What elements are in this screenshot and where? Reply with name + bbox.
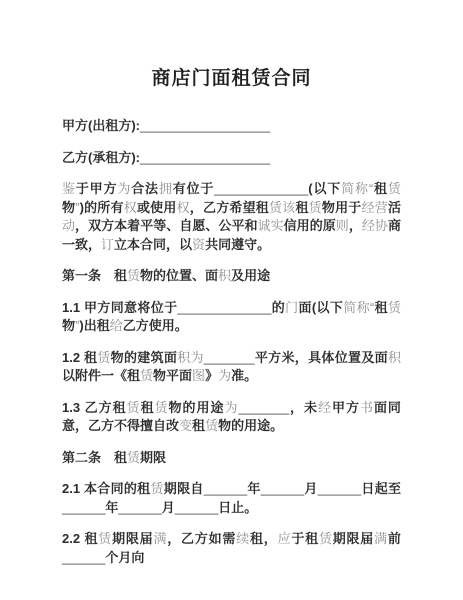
fallback-glyph: 赁: [127, 268, 140, 283]
fill-in-blank: _______: [204, 350, 255, 365]
fallback-glyph: 营: [375, 200, 388, 215]
fallback-glyph: 赁: [269, 200, 282, 215]
party-line: 乙方(承租方):__________________: [62, 149, 401, 168]
fallback-glyph: 为: [218, 368, 231, 383]
fallback-glyph: 积: [388, 350, 401, 365]
fallback-glyph: 满: [153, 531, 167, 546]
contract-paragraph: 鉴于甲方为合法拥有位于_____________(以下简称“租赁物”)的所有权或…: [62, 180, 401, 254]
fallback-glyph: 赁: [98, 531, 112, 546]
fallback-glyph: 赁: [319, 531, 333, 546]
section-heading: 第二条 租赁期限: [62, 449, 401, 468]
fallback-glyph: 简: [341, 181, 355, 196]
fallback-glyph: 权: [124, 200, 137, 215]
fallback-glyph: 给: [110, 318, 123, 333]
fallback-glyph: 赁: [205, 418, 218, 433]
fallback-glyph: 赁: [388, 181, 401, 196]
fallback-glyph: ”: [75, 318, 79, 333]
fallback-glyph: 称: [357, 300, 370, 315]
fallback-glyph: 鉴: [62, 181, 76, 196]
fallback-glyph: 应: [278, 531, 292, 546]
fallback-glyph: 赁: [150, 481, 163, 496]
fallback-glyph: 满: [374, 531, 388, 546]
fill-in-blank: __________________: [140, 118, 270, 133]
fallback-glyph: “: [370, 300, 374, 315]
fallback-glyph: 积: [177, 350, 190, 365]
fallback-glyph: 为: [117, 181, 131, 196]
fallback-glyph: 动: [62, 218, 75, 233]
fallback-glyph: 资: [192, 237, 205, 252]
fallback-glyph: 拥: [159, 181, 173, 196]
fill-in-blank: ______: [62, 550, 105, 565]
fallback-glyph: 积: [218, 268, 231, 283]
fill-in-blank: ______: [318, 481, 361, 496]
fallback-glyph: 赁: [127, 400, 141, 415]
contract-paragraph: 2.1 本合同的租赁期限自______年______月______日起至____…: [62, 480, 401, 517]
fallback-glyph: 赁: [140, 368, 153, 383]
fallback-glyph: 续: [236, 531, 250, 546]
fill-in-blank: _______: [238, 400, 289, 415]
fallback-glyph: 赁: [309, 200, 322, 215]
fallback-glyph: 为: [224, 400, 238, 415]
fallback-glyph: 经: [362, 200, 375, 215]
fill-in-blank: ______: [204, 481, 247, 496]
contract-paragraph: 2.2 租赁期限届满，乙方如需续租，应于租赁期限届满前______个月向: [62, 530, 401, 567]
fallback-glyph: ”: [75, 200, 79, 215]
contract-paragraph: 1.1 甲方同意将位于_____________的门面(以下简称“租赁物”)出租…: [62, 299, 401, 336]
fallback-glyph: 经: [318, 400, 332, 415]
contract-paragraph: 1.2 租赁物的建筑面积为_______平方米，具体位置及面积以附件一《租赁物平…: [62, 349, 401, 386]
fallback-glyph: 赁: [388, 300, 401, 315]
fill-in-blank: ______: [261, 481, 304, 496]
fallback-glyph: 赁: [155, 400, 169, 415]
contract-page: 商店门面租赁合同 甲方(出租方):__________________乙方(承租…: [0, 66, 463, 567]
fallback-glyph: 称: [355, 181, 369, 196]
fill-in-blank: _____________: [214, 181, 308, 196]
section-heading: 第一条 租赁物的位置、面积及用途: [62, 267, 401, 286]
fallback-glyph: 书: [360, 400, 374, 415]
fallback-glyph: 则: [336, 218, 349, 233]
fallback-glyph: 图: [192, 368, 205, 383]
fallback-glyph: 实: [271, 218, 284, 233]
fill-in-blank: __________________: [140, 150, 270, 165]
fallback-glyph: “: [369, 181, 373, 196]
fallback-glyph: 权: [177, 200, 190, 215]
fallback-glyph: 诚: [258, 218, 271, 233]
fallback-glyph: 变: [179, 418, 192, 433]
party-line: 甲方(出租方):__________________: [62, 117, 401, 136]
fallback-glyph: 订: [101, 237, 114, 252]
fallback-glyph: 协: [375, 218, 388, 233]
fallback-glyph: 为: [191, 350, 204, 365]
contract-paragraph: 1.3 乙方租赁租赁物的用途为_______，未经甲方书面同意，乙方不得擅自改变…: [62, 399, 401, 436]
fallback-glyph: 该: [282, 200, 295, 215]
fallback-glyph: 赁: [97, 350, 110, 365]
fill-in-blank: ______: [118, 500, 161, 515]
page-title: 商店门面租赁合同: [62, 66, 401, 90]
fill-in-blank: ______: [175, 500, 218, 515]
fallback-glyph: 简: [343, 300, 356, 315]
fill-in-blank: _____________: [177, 300, 271, 315]
fill-in-blank: ______: [62, 500, 105, 515]
fallback-glyph: 赁: [127, 450, 140, 465]
fallback-glyph: 经: [362, 218, 375, 233]
contract-body: 甲方(出租方):__________________乙方(承租方):______…: [62, 117, 401, 567]
fallback-glyph: 门: [285, 300, 298, 315]
